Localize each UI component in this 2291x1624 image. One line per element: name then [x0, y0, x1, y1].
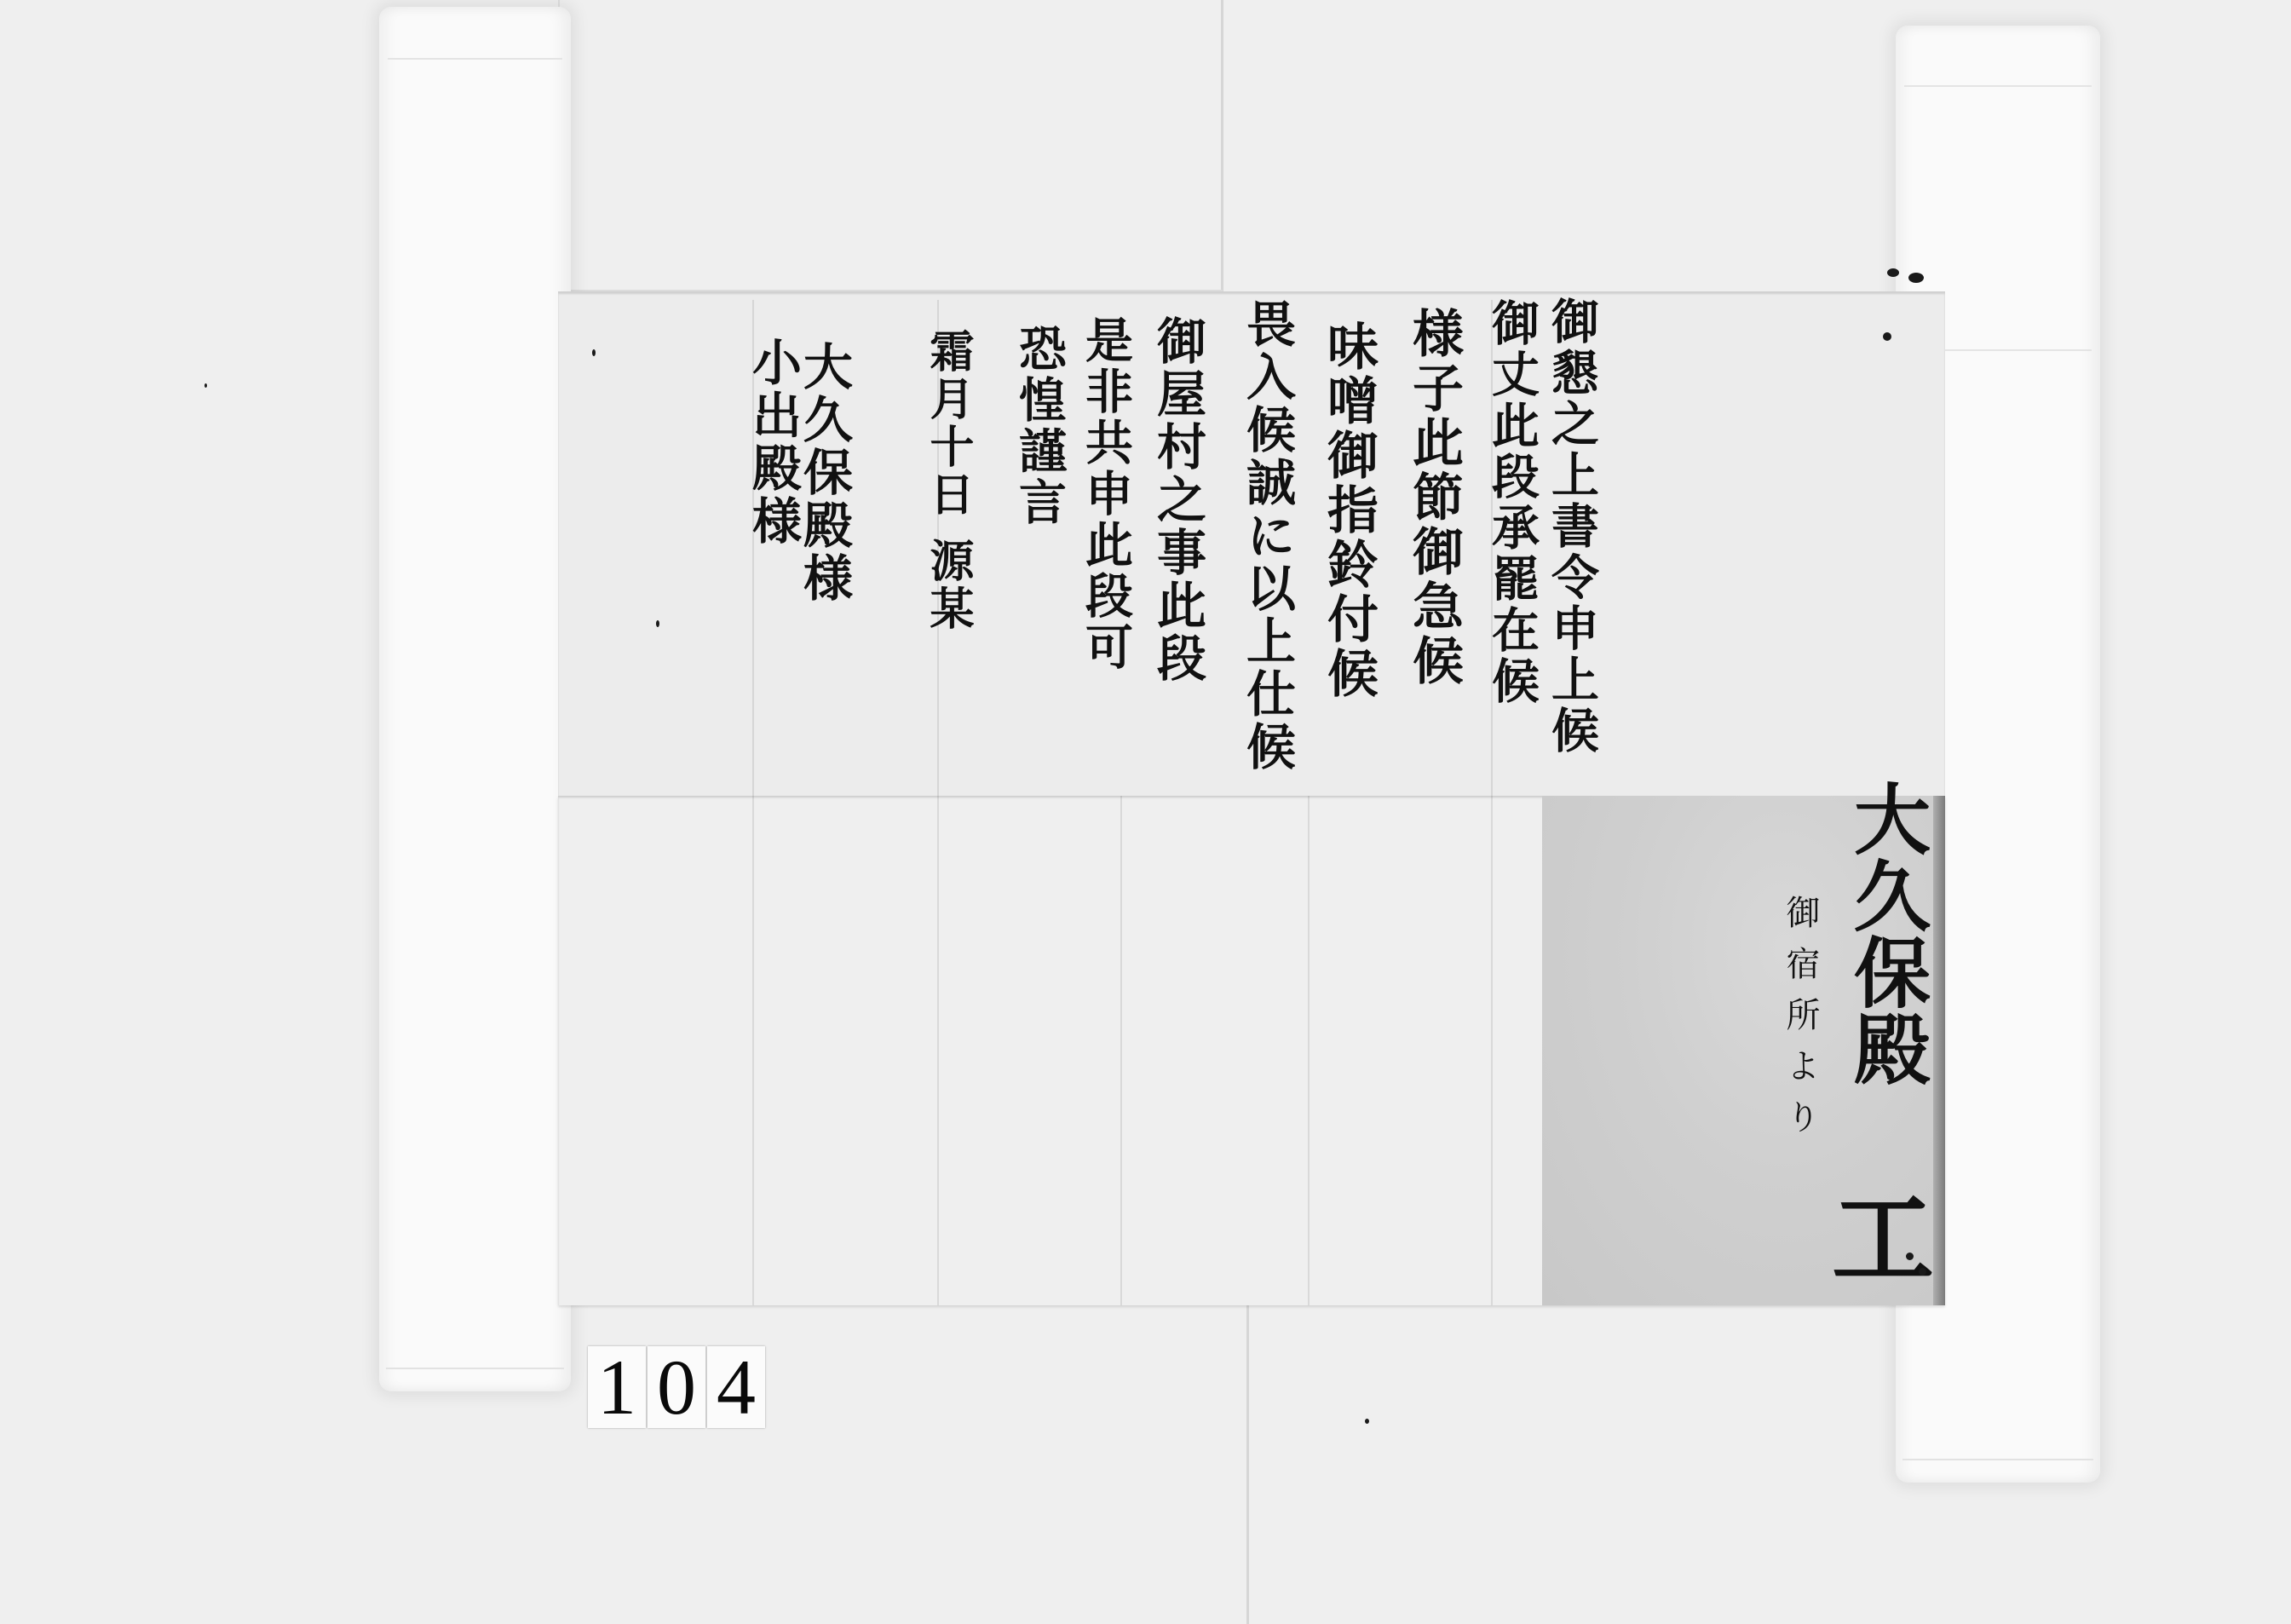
fold-line: [937, 796, 939, 1305]
placard-digit: 0: [648, 1346, 705, 1428]
letter-text-columns: 御懇之上書令申上候 御丈此段承罷在候 様子此節御急候 味噌御指鈴付候 畏入候誠に…: [0, 290, 2291, 801]
text-column-3: 様子此節御急候: [1397, 307, 1471, 784]
backdrop-seam: [1246, 1305, 1249, 1624]
text-column-9-date-sender: 霜月十日 源某: [916, 328, 980, 788]
ink-speck: [1908, 273, 1924, 283]
catalog-number-placard: 1 0 4: [588, 1346, 765, 1431]
address-sub-line: 御宿所より: [1776, 895, 1825, 1287]
ink-speck: [1919, 1268, 1926, 1276]
roller-wrap-crease: [388, 58, 562, 60]
text-column-8: 恐惶謹言: [1005, 324, 1074, 648]
address-main-line: 大久保殿: [1830, 780, 1941, 1137]
text-column-11-recipient: 小出殿様: [737, 337, 809, 660]
fold-line: [1308, 796, 1310, 1305]
text-column-2: 御丈此段承罷在候: [1478, 298, 1546, 792]
backdrop-seam: [1221, 0, 1223, 291]
ink-speck: [204, 383, 207, 388]
text-column-1: 御懇之上書令申上候: [1538, 297, 1606, 799]
fold-line: [752, 796, 754, 1305]
ink-speck: [1883, 332, 1891, 341]
placard-digit: 1: [588, 1346, 646, 1428]
seal-mark: 工: [1832, 1189, 1934, 1291]
text-column-4: 味噌御指鈴付候: [1312, 320, 1385, 763]
roller-wrap-crease: [1904, 85, 2092, 87]
ink-speck: [592, 349, 596, 356]
ink-speck: [1906, 1253, 1914, 1260]
fold-line: [1491, 796, 1493, 1305]
ink-speck: [1887, 268, 1899, 277]
ink-speck: [656, 620, 659, 627]
text-column-7: 是非共申此段可: [1072, 315, 1140, 758]
letter-address-panel: [558, 796, 1945, 1305]
text-column-5: 畏入候誠に以上仕候: [1231, 298, 1303, 775]
ink-speck: [1365, 1419, 1369, 1424]
placard-digit: 4: [707, 1346, 765, 1428]
fold-line: [1120, 796, 1122, 1305]
text-column-6: 御屋村之事此段: [1142, 315, 1213, 775]
